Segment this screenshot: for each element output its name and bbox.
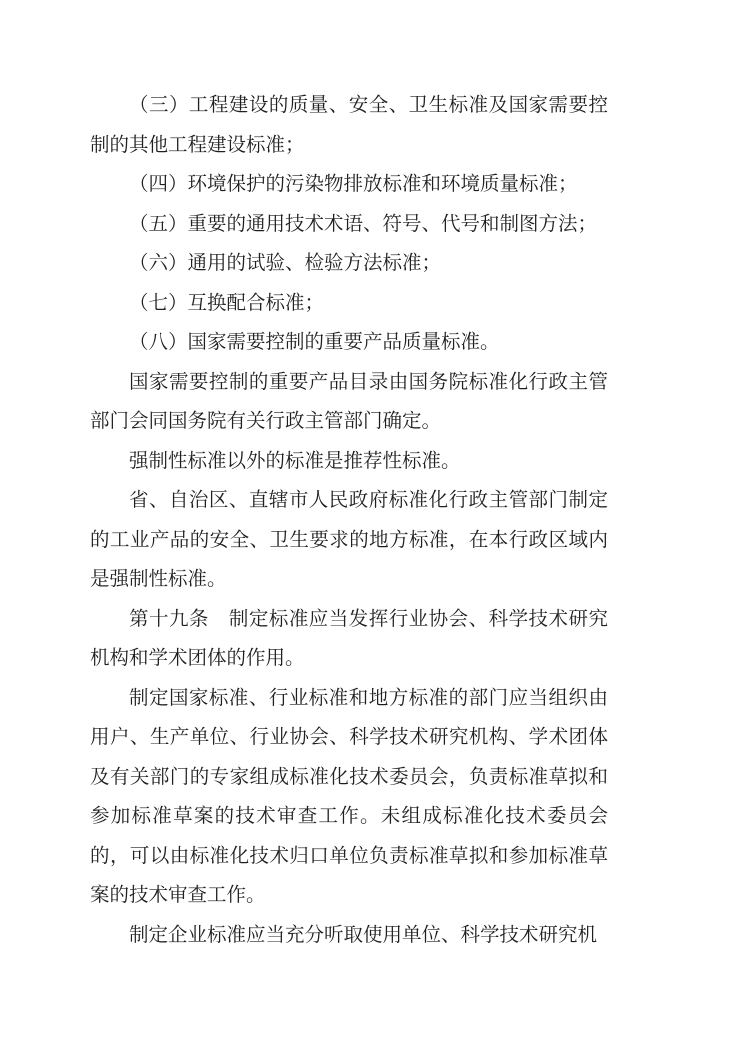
- paragraph-item-3: （三）工程建设的质量、安全、卫生标准及国家需要控制的其他工程建设标准；: [90, 86, 608, 165]
- paragraph-recommended-standards: 强制性标准以外的标准是推荐性标准。: [90, 442, 608, 482]
- paragraph-item-5: （五）重要的通用技术术语、符号、代号和制图方法；: [90, 205, 608, 245]
- paragraph-item-8: （八）国家需要控制的重要产品质量标准。: [90, 323, 608, 363]
- paragraph-item-4: （四）环境保护的污染物排放标准和环境质量标准；: [90, 165, 608, 205]
- paragraph-product-catalog: 国家需要控制的重要产品目录由国务院标准化行政主管部门会同国务院有关行政主管部门确…: [90, 363, 608, 442]
- paragraph-enterprise-standards: 制定企业标准应当充分听取使用单位、科学技术研究机: [90, 916, 608, 956]
- document-page: （三）工程建设的质量、安全、卫生标准及国家需要控制的其他工程建设标准； （四）环…: [0, 0, 750, 1060]
- paragraph-technical-committee: 制定国家标准、行业标准和地方标准的部门应当组织由用户、生产单位、行业协会、科学技…: [90, 679, 608, 916]
- document-text-block: （三）工程建设的质量、安全、卫生标准及国家需要控制的其他工程建设标准； （四）环…: [90, 86, 608, 955]
- paragraph-article-19: 第十九条 制定标准应当发挥行业协会、科学技术研究机构和学术团体的作用。: [90, 600, 608, 679]
- paragraph-item-7: （七）互换配合标准；: [90, 284, 608, 324]
- paragraph-item-6: （六）通用的试验、检验方法标准；: [90, 244, 608, 284]
- paragraph-local-standards: 省、自治区、直辖市人民政府标准化行政主管部门制定的工业产品的安全、卫生要求的地方…: [90, 481, 608, 600]
